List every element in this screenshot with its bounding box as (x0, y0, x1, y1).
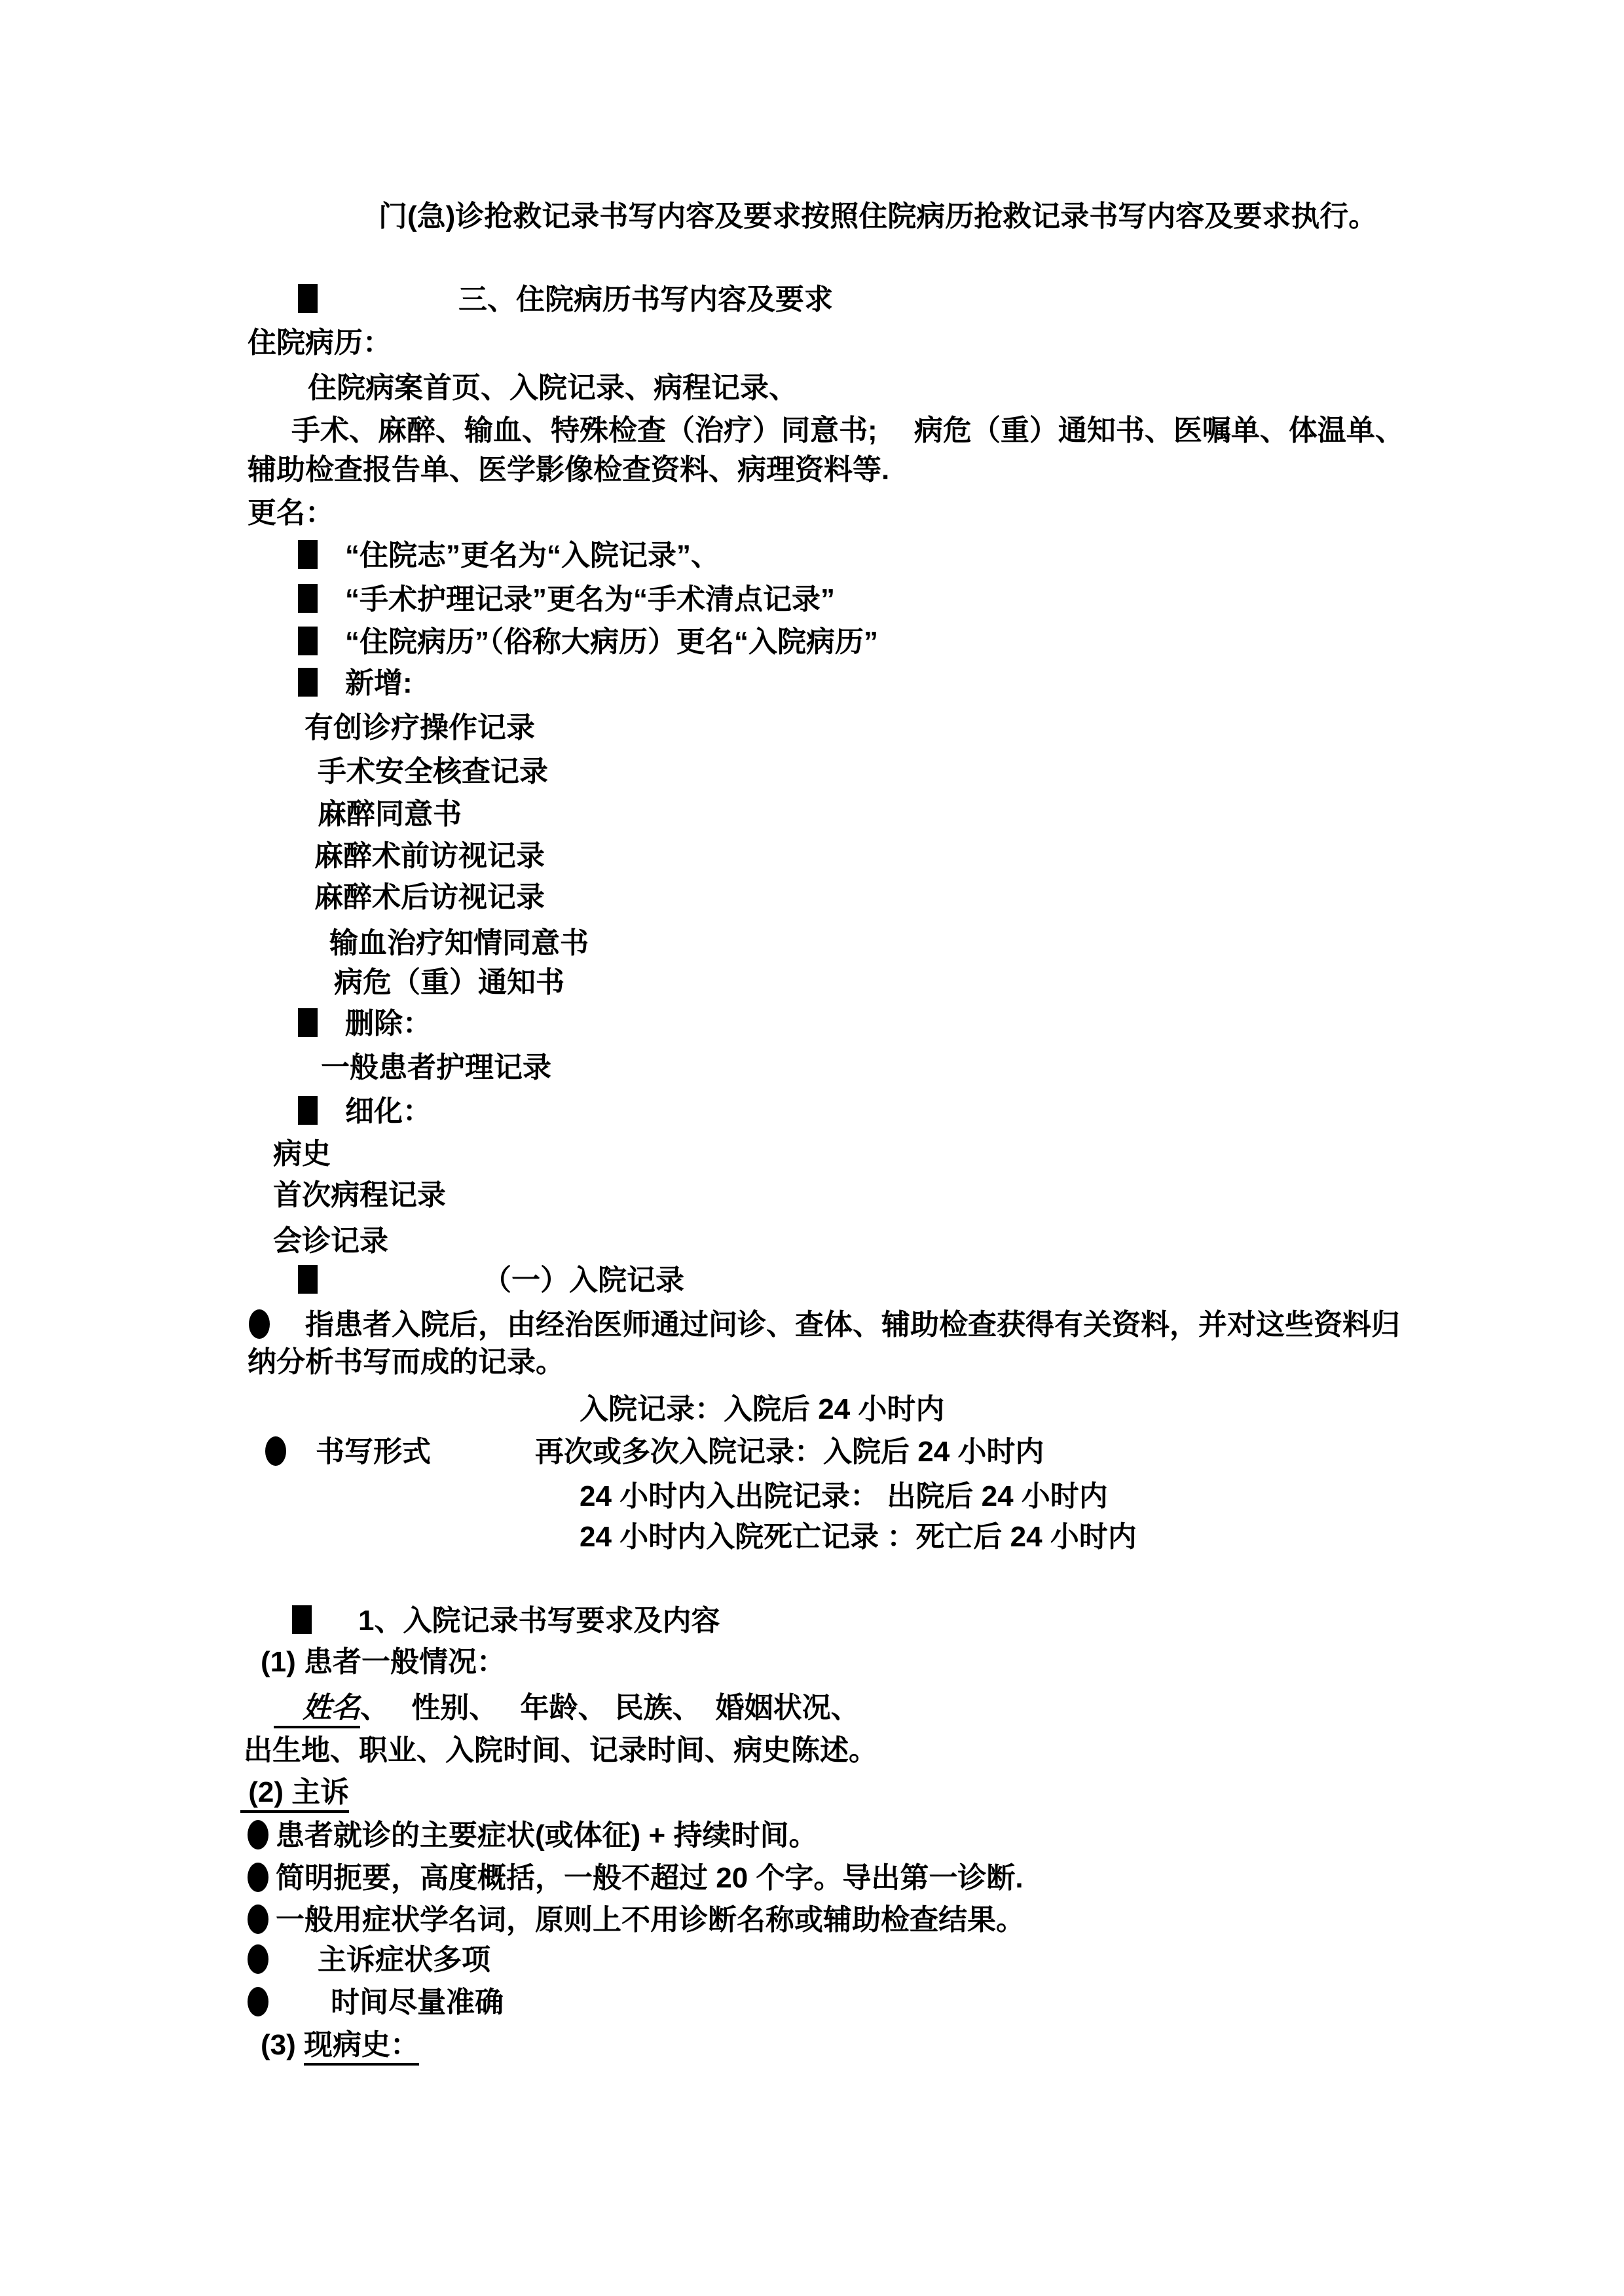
square-bullet-icon (298, 284, 318, 313)
text-line: 24 小时内入院死亡记录 ：死亡后 24 小时内 (580, 1516, 1137, 1558)
bullet-item: 书写形式再次或多次入院记录：入院后 24 小时内 (265, 1430, 1044, 1473)
text-line: (1) 患者一般情况： (261, 1641, 506, 1683)
text-line: 门(急)诊抢救记录书写内容及要求按照住院病历抢救记录书写内容及要求执行。 (378, 195, 1377, 238)
heading-label: 三、住院病历书写内容及要求 (458, 283, 833, 316)
text-line: 住院病案首页、入院记录、病程记录、 (308, 367, 798, 409)
text-line: 手术安全核查记录 (318, 750, 548, 793)
text-line: 输血治疗知情同意书 (329, 922, 589, 964)
text-line: 首次病程记录 (273, 1174, 446, 1216)
text-line: 出生地、职业、入院时间、记录时间、病史陈述。 (244, 1729, 877, 1772)
section-heading: （一）入院记录 (298, 1259, 684, 1302)
text-line: 辅助检查报告单、医学影像检查资料、病理资料等. (248, 448, 889, 491)
text-line: 手术、麻醉、输血、特殊检查（治疗）同意书; 病危（重）通知书、医嘱单、体温单、 (291, 409, 1404, 452)
bullet-item: 患者就诊的主要症状(或体征) + 持续时间。 (248, 1814, 817, 1857)
text-line: 麻醉术后访视记录 (314, 876, 545, 919)
text-line: 一般患者护理记录 (321, 1046, 551, 1089)
square-bullet-icon (298, 668, 318, 697)
circle-bullet-icon (248, 1904, 268, 1934)
bullet-item: “住院志”更名为“入院记录”、 (298, 534, 720, 577)
text-line: 姓名、 性别、 年龄、 民族、 婚姻状况、 (274, 1686, 860, 1729)
section-heading: 三、住院病历书写内容及要求 (298, 278, 833, 321)
square-bullet-icon (298, 1008, 318, 1037)
bullet-item: 细化： (298, 1090, 432, 1133)
heading-label: （一）入院记录 (483, 1264, 684, 1296)
text-line: 住院病历： (248, 321, 392, 364)
text-line: 麻醉同意书 (318, 793, 462, 835)
bullet-item: 主诉症状多项 (248, 1939, 490, 1981)
bullet-item: 时间尽量准确 (248, 1981, 504, 2024)
text-line: 更名： (248, 492, 334, 534)
text-line: 会诊记录 (273, 1220, 388, 1262)
square-bullet-icon (298, 627, 318, 655)
square-bullet-icon (298, 1265, 318, 1294)
underlined-name-field: 姓名 (274, 1692, 360, 1728)
bullet-item: “手术护理记录”更名为“手术清点记录” (298, 578, 835, 621)
text-line: 纳分析书写而成的记录。 (248, 1341, 564, 1383)
bullet-item: 删除： (298, 1002, 432, 1045)
circle-bullet-icon (248, 1987, 268, 2016)
circle-bullet-icon (249, 1309, 270, 1339)
square-bullet-icon (298, 584, 318, 613)
bullet-item: 新增: (298, 662, 413, 704)
heading-label: 1、入院记录书写要求及内容 (358, 1605, 720, 1637)
text-line: 病危（重）通知书 (334, 961, 564, 1004)
bullet-item: 简明扼要，高度概括，一般不超过 20 个字。导出第一诊断. (248, 1857, 1024, 1899)
circle-bullet-icon (248, 1820, 268, 1850)
circle-bullet-icon (265, 1436, 286, 1466)
square-bullet-icon (298, 1096, 318, 1125)
bullet-item: “住院病历”（俗称大病历）更名“入院病历” (298, 621, 878, 663)
item-label: 书写形式 (316, 1436, 431, 1468)
square-bullet-icon (298, 540, 318, 569)
text-line: 入院记录：入院后 24 小时内 (580, 1388, 944, 1430)
text-line: 病史 (273, 1133, 331, 1175)
bullet-item: 指患者入院后，由经治医师通过问诊、查体、辅助检查获得有关资料，并对这些资料归 (249, 1303, 1400, 1346)
subsection-heading: (2) 主诉 (240, 1771, 349, 1813)
subsection-heading: (3) 现病史： (261, 2024, 419, 2066)
bullet-item: 一般用症状学名词，原则上不用诊断名称或辅助检查结果。 (248, 1899, 1025, 1941)
text-line: 有创诊疗操作记录 (304, 706, 535, 749)
circle-bullet-icon (248, 1944, 268, 1974)
text-line: 24 小时内入出院记录： 出院后 24 小时内 (580, 1475, 1108, 1518)
section-heading: 1、入院记录书写要求及内容 (292, 1599, 720, 1642)
document-page: 门(急)诊抢救记录书写内容及要求按照住院病历抢救记录书写内容及要求执行。 三、住… (0, 0, 1624, 2296)
text-line: 麻醉术前访视记录 (314, 835, 545, 877)
circle-bullet-icon (248, 1863, 268, 1892)
square-bullet-icon (292, 1605, 312, 1634)
